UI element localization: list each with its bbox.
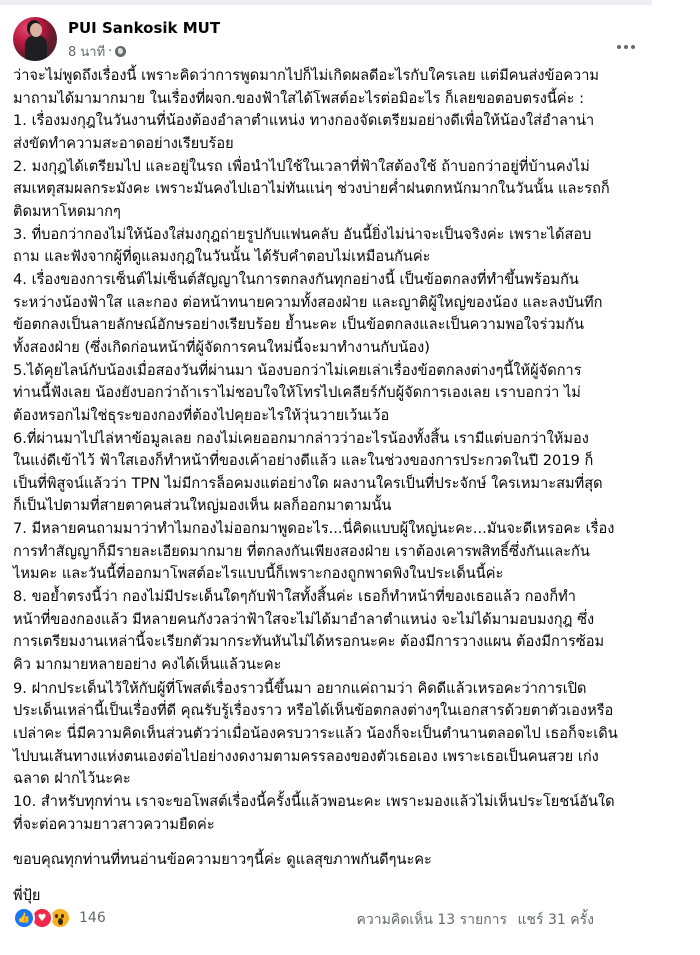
post-line: ถาม และฟังจากผู้ที่ดูแลมงกุฎในวันนั้น ได…: [13, 246, 638, 269]
post-line: 9. ฝากประเด็นไว้ให้กับผู้ที่โพสต์เรื่องร…: [13, 678, 638, 701]
post-body-part-1: ว่าจะไม่พูดถึงเรื่องนี้ เพราะคิดว่าการพู…: [13, 65, 638, 677]
wow-mouth: [58, 918, 63, 925]
avatar-figure-head: [30, 23, 42, 37]
post-line: ส่งขัดทำความสะอาดอย่างเรียบร้อย: [13, 133, 638, 156]
globe-icon[interactable]: [115, 46, 126, 57]
post-line: ระหว่างน้องฟ้าใส และกอง ต่อหน้าทนายความท…: [13, 292, 638, 315]
post-meta: 8 นาที ·: [68, 41, 126, 62]
post-line: 7. มีหลายคนถามมาว่าทำไมกองไม่ออกมาพูดอะไ…: [13, 518, 638, 541]
post-line: มาถามได้มามากมาย ในเรื่องที่ผจก.ของฟ้าใส…: [13, 88, 638, 111]
reaction-count[interactable]: 146: [79, 910, 106, 926]
post-line: เป็นที่พิสูจน์แล้วว่า TPN ไม่มีการล็อคมง…: [13, 473, 638, 496]
post-line: คิว มากมายหลายอย่าง คงได้เห็นแล้วนะคะ: [13, 654, 638, 677]
like-icon: 👍: [13, 907, 35, 929]
post-line: สมเหตุสมผลกระมังคะ เพราะมันคงไปเอาไม่ทัน…: [13, 178, 638, 201]
post-thanks: ขอบคุณทุกท่านที่ทนอ่านข้อความยาวๆนี้ค่ะ …: [13, 849, 638, 872]
post-header: PUI Sankosik MUT 8 นาที ·: [13, 17, 633, 61]
post-line: 8. ขอย้ำตรงนี้ว่า กองไม่มีประเด็นใดๆกับฟ…: [13, 586, 638, 609]
more-options-icon-dot: [624, 45, 628, 49]
post-line: 4. เรื่องของการเซ็นต์ไม่เซ็นต์สัญญาในการ…: [13, 269, 638, 292]
post-line: ไหมคะ และวันนี้ที่ออกมาโพสต์อะไรแบบนี้ก็…: [13, 563, 638, 586]
avatar[interactable]: [13, 17, 57, 61]
post-line: 2. มงกุฎได้เตรียมไป และอยู่ในรถ เพื่อนำไ…: [13, 156, 638, 179]
more-options-icon-dot: [631, 45, 635, 49]
post-body: ว่าจะไม่พูดถึงเรื่องนี้ เพราะคิดว่าการพู…: [13, 65, 638, 908]
post-line: ก็เป็นไปตามที่สายตาคนส่วนใหญ่มองเห็น ผลก…: [13, 495, 638, 518]
post-line: 3. ที่บอกว่ากองไม่ให้น้องใส่มงกุฎถ่ายรูป…: [13, 224, 638, 247]
post-line: ไปบนเส้นทางแห่งตนเองต่อไปอย่างงดงามตามคร…: [13, 746, 638, 769]
reactions-summary[interactable]: 👍 ♥ 146: [13, 908, 106, 928]
post-line: ฉลาด ฝากไว้นะคะ: [13, 768, 638, 791]
post-line: 10. สำหรับทุกท่าน เราจะขอโพสต์เรื่องนี้ค…: [13, 791, 638, 814]
post-line: ท่านนี้ฟังเลย น้องยังบอกว่าถ้าเราไม่ชอบใ…: [13, 382, 638, 405]
post-line: ในแง่ดีเข้าไว้ ฟ้าใสเองก็ทำหน้าที่ของเค้…: [13, 450, 638, 473]
post-line: 5.ได้คุยไลน์กับน้องเมื่อสองวันที่ผ่านมา …: [13, 360, 638, 383]
shares-count-link[interactable]: แชร์ 31 ครั้ง: [518, 912, 594, 928]
post-line: เปล่าคะ นี่มีความคิดเห็นส่วนตัวว่าเมื่อน…: [13, 723, 638, 746]
wow-eye: [55, 914, 58, 918]
author-name[interactable]: PUI Sankosik MUT: [68, 19, 220, 37]
post-line: ติดมหาโหดมากๆ: [13, 201, 638, 224]
post-line: 6.ที่ผ่านมาไปไล่หาข้อมูลเลย กองไม่เคยออก…: [13, 428, 638, 451]
post-line: ว่าจะไม่พูดถึงเรื่องนี้ เพราะคิดว่าการพู…: [13, 65, 638, 88]
facebook-post-card: PUI Sankosik MUT 8 นาที · ว่าจะไม่พูดถึง…: [0, 5, 652, 955]
post-line: การทำสัญญาก็มีรายละเอียดมากมาย ที่ตกลงกั…: [13, 541, 638, 564]
post-time[interactable]: 8 นาที: [68, 41, 105, 62]
post-line: ข้อตกลงเป็นลายลักษณ์อักษรอย่างเรียบร้อย …: [13, 314, 638, 337]
avatar-figure-body: [25, 35, 47, 61]
more-options-icon: [617, 45, 621, 49]
post-line: การเตรียมงานเหล่านี้จะเรียกตัวมากระทันหั…: [13, 631, 638, 654]
comments-count-link[interactable]: ความคิดเห็น 13 รายการ: [357, 912, 508, 928]
post-line: ต้องหรอกไม่ใช่ธุระของกองที่ต้องไปคุยอะไร…: [13, 405, 638, 428]
post-line: หน้าที่ของกองแล้ว มีหลายคนกังวลว่าฟ้าใสจ…: [13, 609, 638, 632]
post-line: ประเด็นเหล่านี้เป็นเรื่องที่ดี คุณรับรู้…: [13, 700, 638, 723]
post-line: ทั้งสองฝ่าย (ซึ่งเกิดก่อนหน้าที่ผู้จัดกา…: [13, 337, 638, 360]
post-stats: ความคิดเห็น 13 รายการ แชร์ 31 ครั้ง: [357, 909, 594, 931]
more-options-button[interactable]: [611, 37, 641, 57]
post-body-part-2: 9. ฝากประเด็นไว้ให้กับผู้ที่โพสต์เรื่องร…: [13, 678, 638, 837]
meta-separator: ·: [108, 44, 112, 59]
post-signature: พี่ปุ้ย: [13, 885, 638, 908]
post-line: ที่จะต่อความยาวสาวความยืดค่ะ: [13, 814, 638, 837]
post-line: 1. เรื่องมงกุฎในวันงานที่น้องต้องอำลาตำแ…: [13, 110, 638, 133]
